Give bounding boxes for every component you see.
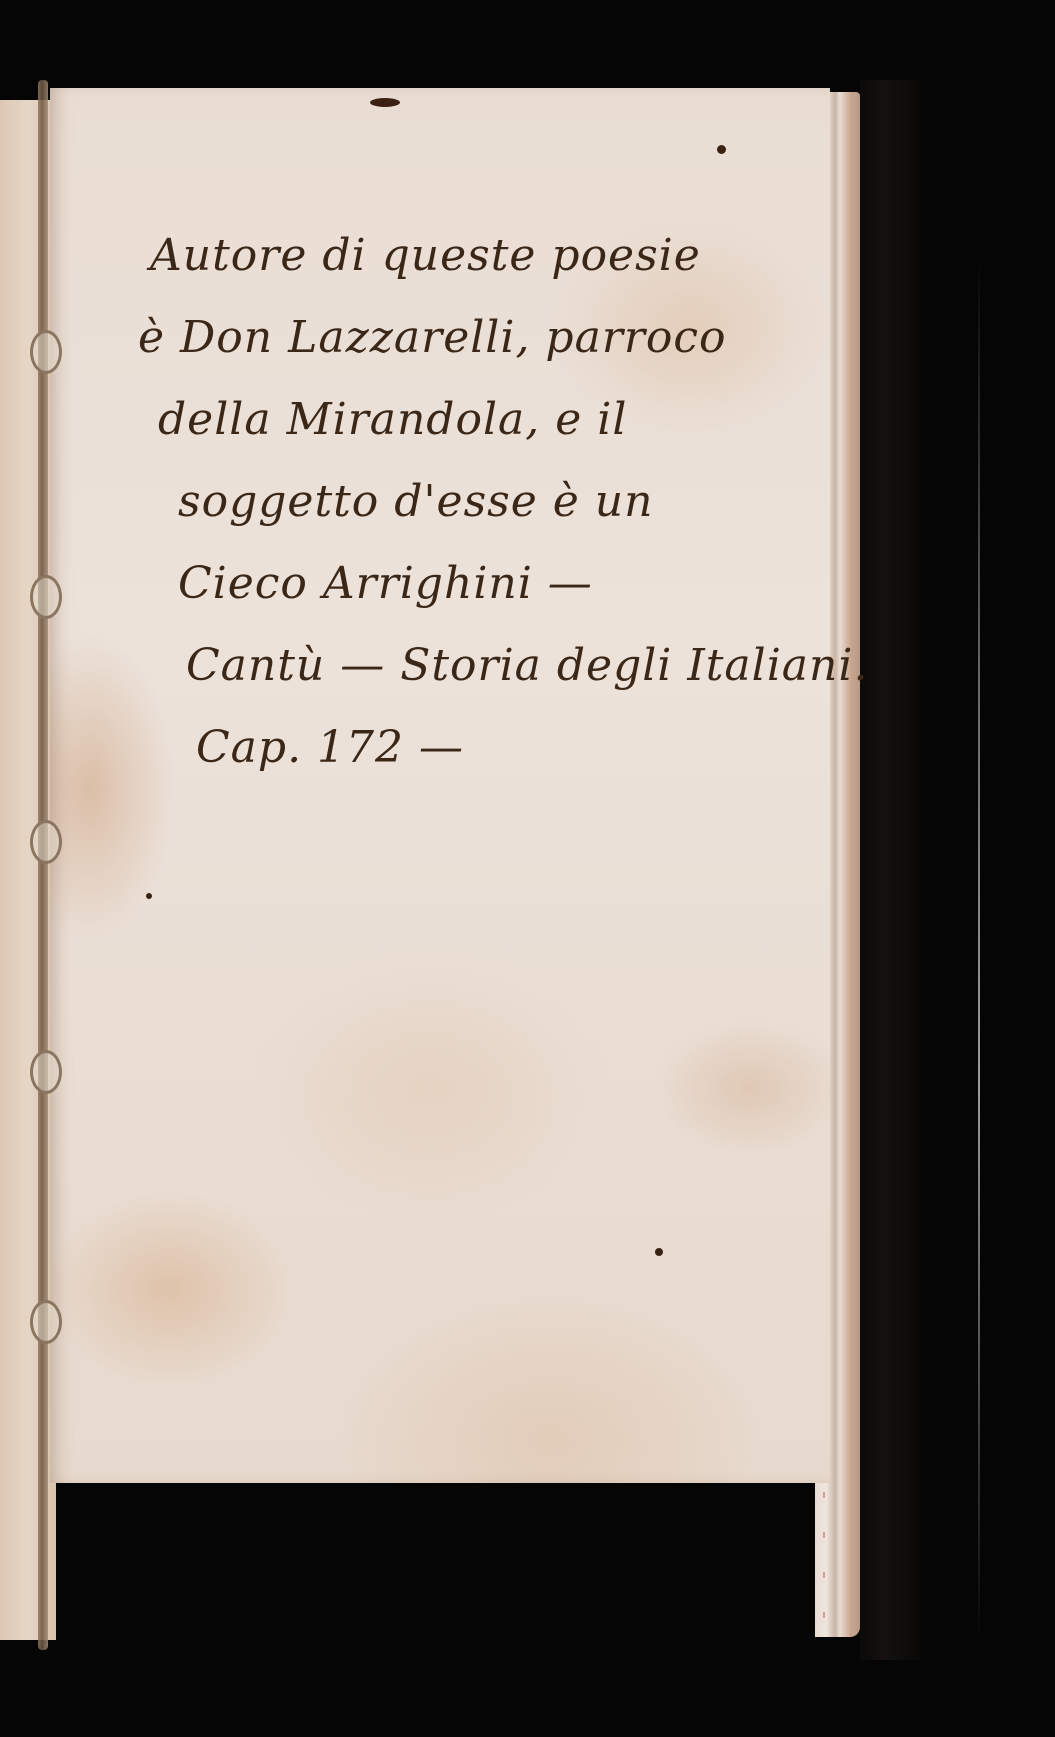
note-line-7: Cap. 172 — xyxy=(196,707,830,789)
note-line-3: della Mirandola, e il xyxy=(158,379,830,461)
note-line-1: Autore di queste poesie xyxy=(150,215,830,297)
binding-stitch xyxy=(30,1050,62,1094)
note-line-5: Cieco Arrighini — xyxy=(178,543,830,625)
cover-highlight xyxy=(978,260,980,1640)
binding-stitch xyxy=(30,575,62,619)
ink-blot xyxy=(655,1248,663,1256)
handwritten-note: Autore di queste poesie è Don Lazzarelli… xyxy=(150,215,830,789)
binding-thread xyxy=(38,80,48,1650)
note-line-4: soggetto d'esse è un xyxy=(178,461,830,543)
ink-blot xyxy=(370,98,400,107)
ink-blot xyxy=(717,145,726,154)
binding-stitch xyxy=(30,1300,62,1344)
book-cover-edge xyxy=(860,80,920,1660)
note-line-2: è Don Lazzarelli, parroco xyxy=(138,297,830,379)
ink-blot xyxy=(146,893,152,899)
binding-stitch xyxy=(30,330,62,374)
note-line-6: Cantù — Storia degli Italiani. xyxy=(186,625,830,707)
binding-stitch xyxy=(30,820,62,864)
